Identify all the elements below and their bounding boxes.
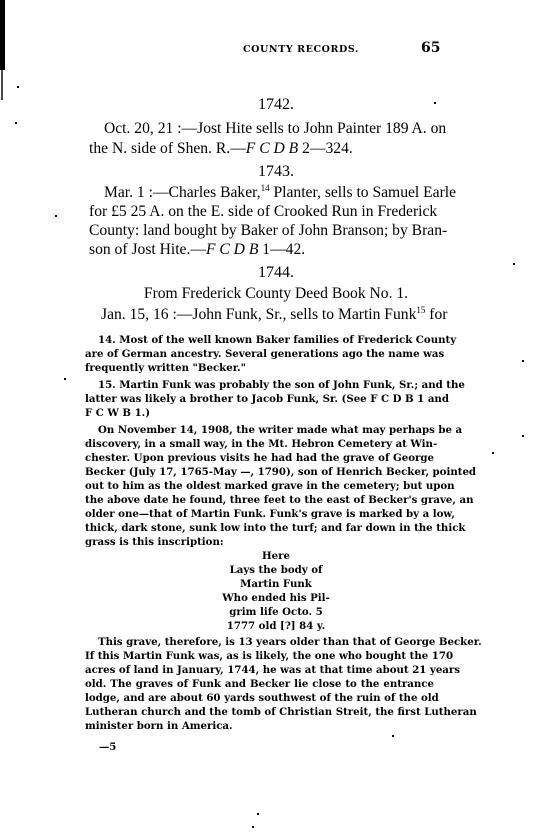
scan-speck [522, 435, 524, 437]
note-line: Becker (July 17, 1765-May —, 1790), son … [85, 466, 434, 478]
entry-text: 2—324. [298, 140, 353, 157]
footnote-14-line-1: 14. Most of the well known Baker familie… [98, 334, 434, 346]
entry-text: the N. side of Shen. R.— [89, 140, 246, 157]
note-line: Lutheran church and the tomb of Christia… [85, 706, 434, 718]
year-heading-1744: 1744. [0, 264, 552, 282]
inscription-line: Here [0, 550, 552, 562]
entry-1743-line-2: for £5 25 A. on the E. side of Crooked R… [89, 203, 434, 221]
note-line: lodge, and are about 60 yards southwest … [85, 692, 434, 704]
scan-speck [252, 826, 254, 828]
footnote-ref-14[interactable]: 14 [261, 183, 270, 193]
note-line: the above date he found, three feet to t… [85, 494, 434, 506]
citation: F C D B [246, 140, 298, 157]
note-line: acres of land in January, 1744, he was a… [85, 664, 434, 676]
year-heading-1742: 1742. [0, 96, 552, 114]
entry-1743-line-1: Mar. 1 :—Charles Baker,14 Planter, sells… [104, 184, 434, 202]
entry-1742-line-2: the N. side of Shen. R.—F C D B 2—324. [89, 140, 434, 158]
scan-speck [55, 215, 57, 217]
entry-1742-line-1: Oct. 20, 21 :—Jost Hite sells to John Pa… [104, 120, 434, 138]
scan-speck [17, 86, 19, 88]
footnote-14-line-3: frequently written "Becker." [85, 362, 434, 374]
inscription-line: Who ended his Pil- [0, 592, 552, 604]
signature-mark: —5 [99, 741, 139, 753]
note-line: If this Martin Funk was, as is likely, t… [85, 650, 434, 662]
footnote-15-line-3: F C W B 1.) [85, 407, 434, 419]
inscription-line: Martin Funk [0, 578, 552, 590]
footnote-15-line-2: latter was likely a brother to Jacob Fun… [85, 393, 434, 405]
inscription-line: 1777 old [?] 84 y. [0, 620, 552, 632]
inscription-line: Lays the body of [0, 564, 552, 576]
note-line: On November 14, 1908, the writer made wh… [98, 424, 434, 436]
page-number: 65 [421, 40, 440, 56]
note-line: older one—that of Martin Funk. Funk's gr… [85, 508, 434, 520]
entry-text: Planter, sells to Samuel Earle [270, 184, 456, 201]
entry-text: for [425, 306, 447, 323]
scan-speck [392, 735, 394, 737]
entry-text: Jan. 15, 16 :—John Funk, Sr., sells to M… [101, 306, 416, 323]
note-line: old. The graves of Funk and Becker lie c… [85, 678, 434, 690]
note-line: grass is this inscription: [85, 536, 434, 548]
note-line: out to him as the oldest marked grave in… [85, 480, 434, 492]
note-line: thick, dark stone, sunk low into the tur… [85, 522, 434, 534]
citation: F C D B [206, 241, 258, 258]
entry-text: son of Jost Hite.— [89, 241, 206, 258]
year-heading-1743: 1743. [0, 163, 552, 181]
inscription-line: grim life Octo. 5 [0, 606, 552, 618]
note-line: This grave, therefore, is 13 years older… [98, 636, 434, 648]
note-line: discovery, in a small way, in the Mt. He… [85, 438, 434, 450]
note-line: minister born in America. [85, 720, 434, 732]
entry-1743-line-4: son of Jost Hite.—F C D B 1—42. [89, 241, 434, 259]
footnote-15-line-1: 15. Martin Funk was probably the son of … [98, 379, 434, 391]
entry-1744-line-1: Jan. 15, 16 :—John Funk, Sr., sells to M… [101, 306, 434, 324]
scan-speck [492, 452, 494, 454]
scan-speck [522, 360, 524, 362]
scan-speck [513, 263, 515, 265]
footnote-14-line-2: are of German ancestry. Several generati… [85, 348, 434, 360]
entry-text: 1—42. [258, 241, 305, 258]
running-head-title: COUNTY RECORDS. [243, 44, 359, 55]
scan-speck [257, 813, 259, 815]
entry-text: Mar. 1 :—Charles Baker, [104, 184, 261, 201]
scan-edge-shadow [0, 0, 5, 70]
scan-speck [64, 378, 66, 380]
entry-1743-line-3: County: land bought by Baker of John Bra… [89, 222, 434, 240]
subheading-deed-book: From Frederick County Deed Book No. 1. [0, 285, 552, 303]
scan-speck [434, 102, 436, 104]
note-line: chester. Upon previous visits he had had… [85, 452, 434, 464]
scan-speck [15, 122, 17, 124]
